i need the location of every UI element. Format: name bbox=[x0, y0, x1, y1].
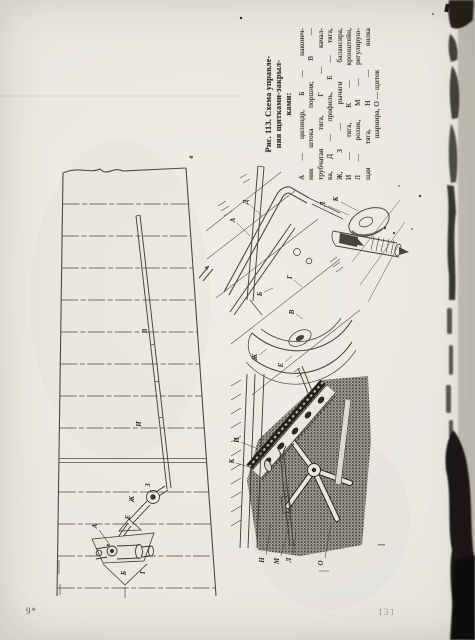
caption-line: трубчатая тяга, Г — качал- bbox=[316, 28, 325, 180]
caption-line: ния щитками-закрыл- bbox=[274, 28, 284, 180]
figure-part-label-Е: Е bbox=[124, 514, 132, 520]
figure-part-label-Н: Н bbox=[258, 557, 266, 564]
caption-line: И — тяга, К — кронштейн, bbox=[344, 28, 353, 180]
signature-mark: 9* bbox=[26, 606, 37, 616]
caption-line: Л — ролик, М — регулирую- bbox=[353, 28, 362, 180]
figure-part-label-И: И bbox=[233, 437, 241, 444]
actuator-detail-drawing bbox=[206, 166, 409, 398]
figure-part-label-Г: Г bbox=[139, 569, 147, 575]
scan-noise bbox=[0, 4, 450, 610]
figure-part-label-Ж: Ж bbox=[251, 353, 259, 361]
scanned-book-page: ВИвЗЖЕАБГ ДАБГВЖЕЛК ИКНМЛО Рис. 113. Схе… bbox=[0, 0, 475, 640]
figure-part-label-Д: Д bbox=[242, 199, 250, 205]
figure-part-label-К: К bbox=[228, 457, 236, 464]
figure-part-label-М: М bbox=[273, 557, 281, 565]
figure-part-label-Г: Г bbox=[286, 274, 294, 280]
figure-part-label-Б: Б bbox=[256, 291, 264, 297]
caption-line: ка, Д — профиль, Е — тяга, bbox=[325, 28, 334, 180]
figure-part-label-В: В bbox=[141, 328, 149, 334]
caption-line: щая тяга, Н — вилка bbox=[363, 28, 372, 180]
gutter-shadow bbox=[445, 0, 475, 640]
figure-part-label-А: А bbox=[229, 217, 237, 223]
figure-part-label-в: в bbox=[187, 155, 195, 158]
caption-line: А — цилиндр, Б — наконеч- bbox=[297, 28, 306, 180]
actuator-detail-labels: ДАБГВЖЕЛК bbox=[229, 195, 340, 368]
caption-line: шарнира, О — щиток bbox=[372, 28, 381, 180]
figure-caption: Рис. 113. Схема управле-ния щитками-закр… bbox=[264, 28, 382, 180]
caption-line: ками: bbox=[284, 28, 294, 180]
figure-part-label-Б: Б bbox=[120, 570, 128, 576]
figure-part-label-Л: Л bbox=[319, 201, 327, 207]
caption-line: ник штока поршня; В — bbox=[306, 28, 315, 180]
figure-part-label-О: О bbox=[317, 560, 325, 565]
figure-caption-title: Рис. 113. Схема управле-ния щитками-закр… bbox=[264, 28, 294, 180]
figure-caption-legend: А — цилиндр, Б — наконеч-ник штока поршн… bbox=[297, 28, 382, 180]
figure-part-label-В: В bbox=[288, 309, 296, 315]
figure-part-label-И: И bbox=[135, 421, 143, 428]
caption-line: Рис. 113. Схема управле- bbox=[264, 28, 274, 180]
figure-illustration: ВИвЗЖЕАБГ ДАБГВЖЕЛК ИКНМЛО bbox=[0, 0, 475, 640]
figure-part-label-Е: Е bbox=[277, 362, 285, 368]
figure-part-label-Л: Л bbox=[285, 557, 293, 563]
figure-part-label-З: З bbox=[144, 483, 152, 488]
caption-line: Ж, З — рычаги балансира, bbox=[335, 28, 344, 180]
figure-part-label-А: А bbox=[91, 523, 99, 529]
flap-hinge-detail-drawing bbox=[231, 374, 371, 571]
figure-part-label-Ж: Ж bbox=[128, 495, 136, 503]
figure-part-label-К: К bbox=[332, 195, 340, 202]
page-number: 131 bbox=[378, 607, 396, 617]
